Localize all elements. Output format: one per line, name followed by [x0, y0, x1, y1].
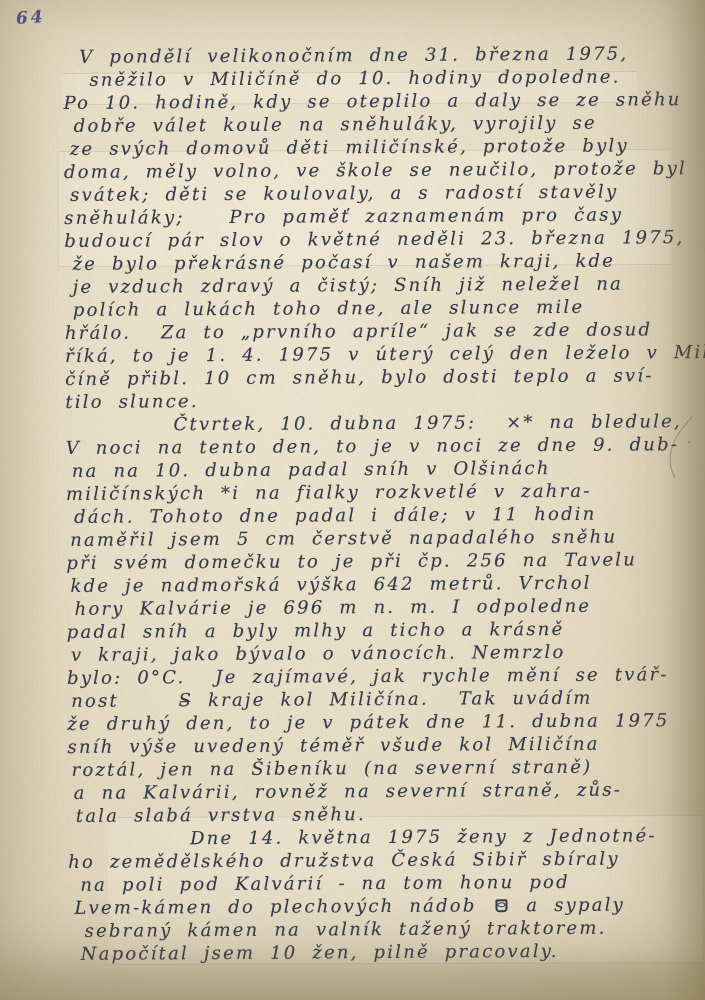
manuscript-line: číně přibl. 10 cm sněhu, bylo dosti tepl… — [65, 364, 701, 391]
bucket-sketch-icon — [495, 899, 507, 912]
manuscript-line: při svém domečku to je při čp. 256 na Ta… — [66, 548, 702, 575]
manuscript-line: a na Kalvárii, rovněž na severní straně,… — [68, 778, 704, 805]
manuscript-line: Po 10. hodině, kdy se oteplilo a daly se… — [63, 88, 699, 115]
manuscript-line: ho zemědělského družstva Česká Sibiř sbí… — [68, 847, 704, 874]
manuscript-text: V pondělí velikonočním dne 31. března 19… — [63, 42, 705, 966]
manuscript-line: V noci na tento den, to je v noci ze dne… — [66, 433, 702, 460]
manuscript-line: bylo: 0°C. Je zajímavé, jak rychle mění … — [67, 663, 703, 690]
manuscript-line: Lvem-kámen do plechových nádob a sypaly — [68, 893, 704, 920]
manuscript-line: Napočítal jsem 10 žen, pilně pracovaly. — [69, 939, 705, 966]
scanned-chronicle-page: { "page_number": "64", "colors": { "pape… — [0, 0, 705, 1000]
manuscript-line: že druhý den, to je v pátek dne 11. dubn… — [67, 709, 703, 736]
page-number: 64 — [15, 7, 46, 29]
manuscript-line: je vzduch zdravý a čistý; Sníh již nelež… — [65, 272, 701, 299]
